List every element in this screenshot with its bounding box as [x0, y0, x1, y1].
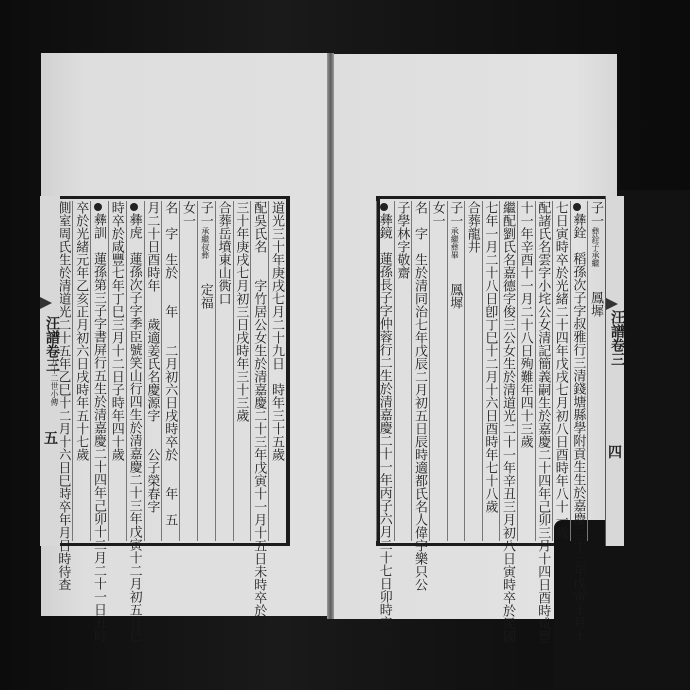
circle-bullet-icon [380, 203, 388, 211]
right_page-column-text: 七日寅時卒於光緒二十四年戊戌七月初八日酉時年八十一歲 [553, 201, 568, 539]
right_page-column: 彝鏡 蓮孫長子字仲蓉行二生於清嘉慶二十一年丙子六月二十七日卯時卒於 [377, 201, 393, 543]
left_page-column-text: 彝訓 蓮孫第三子字書屏行五生於清嘉慶二十四年己卯十二月二十一日丑時 [91, 213, 106, 642]
left_page-column: 女一 [180, 201, 196, 543]
left_page-column-text: 卒於光緒元年乙亥正月初六日戌時年五十七歲 [73, 201, 88, 461]
right_page-column-text: 名 字 生於清同治七年戊辰二月初五日辰時適都氏名人偉字樂只公 [412, 201, 427, 591]
column-annotation: 彝銓子承繼 [591, 227, 600, 267]
left_page-column: 道光三十年庚戌七月二十九日 時年三十五歲 [269, 201, 285, 543]
right_page-column-text: 合葬龍井 [465, 201, 480, 253]
column-tail-text: 定福 [198, 283, 213, 309]
column-tail-text: 鳳墀 [447, 283, 462, 309]
left_page-column: 合葬岳墳東山衖口 [216, 201, 232, 543]
right_page-column-text: 子一 [588, 201, 603, 227]
left_page-column-text: 合葬岳墳東山衖口 [216, 201, 231, 305]
left_page-column-text: 子一 [198, 201, 213, 227]
right_page-column: 彝銓 稻孫次子字叔雅行三清錢塘縣學附貢生生於嘉慶二十三年戊寅十月十 [571, 201, 587, 543]
left_page-column-text: 道光三十年庚戌七月二十九日 時年三十五歲 [269, 201, 284, 461]
column-annotation: 承繼叔彝 [201, 227, 210, 259]
left_page-column: 彝訓 蓮孫第三子字書屏行五生於清嘉慶二十四年己卯十二月二十一日丑時 [91, 201, 107, 543]
right_page-column-text: 子一 [447, 201, 462, 227]
right_page-column: 七年一月二十八日卽丁巳十二月十六日酉時年七十八歲 [483, 201, 499, 543]
right_page-column-text: 彝鏡 蓮孫長子字仲蓉行二生於清嘉慶二十一年丙子六月二十七日卯時卒於 [377, 213, 392, 642]
column-annotation: 承繼彝畢 [450, 227, 459, 259]
left_page-column-text: 月二十日酉時年 歲適姜氏名慶源字 公子榮春字 [144, 201, 159, 513]
left_page-column-text: 時卒於咸豐七年丁巳三月十二日子時年四十歲 [109, 201, 124, 461]
left_page-column-text: 名 字 生於 年 二月初六日戌時卒於 年 五 [162, 201, 177, 526]
left_page-column: 月二十日酉時年 歲適姜氏名慶源字 公子榮春字 [145, 201, 161, 543]
right-page-number: 四 [608, 442, 622, 462]
right_page-column: 名 字 生於清同治七年戊辰二月初五日辰時適都氏名人偉字樂只公 [412, 201, 428, 543]
left-spine-subtitle: 九十二世小傳 [49, 358, 60, 406]
left_page-column: 時卒於咸豐七年丁巳三月十二日子時年四十歲 [109, 201, 125, 543]
right_page-column: 子學林字敬齋 [395, 201, 411, 543]
right_page-column: 子一承繼彝畢鳳墀 [448, 201, 464, 543]
book-gutter [327, 53, 334, 619]
circle-bullet-icon [94, 203, 102, 211]
left-frame-top [44, 196, 290, 199]
left-page-number: 五 [44, 428, 58, 448]
right_page-column-text: 十一年辛酉十一月二十八日殉難年四十三歲 [518, 201, 533, 448]
left_page-column-text: 配吳氏名 字竹居公女生於清嘉慶二十三年戊寅十一月十五日未時卒於道光 [251, 201, 266, 643]
left_page-column-text: 女一 [180, 201, 195, 227]
right_page-column: 七日寅時卒於光緒二十四年戊戌七月初八日酉時年八十一歲 [553, 201, 569, 543]
right-spine-rule [605, 196, 606, 546]
fishtail-mark-right [606, 298, 618, 310]
left_page-column: 名 字 生於 年 二月初六日戌時卒於 年 五 [162, 201, 178, 543]
left_page-column: 配吳氏名 字竹居公女生於清嘉慶二十三年戊寅十一月十五日未時卒於道光 [251, 201, 267, 543]
right_page-column-text: 七年一月二十八日卽丁巳十二月十六日酉時年七十八歲 [482, 201, 497, 513]
right-page-shadow [617, 190, 690, 690]
right_page-column: 繼配劉氏名嘉德字俊三公女生於清道光二十一年辛丑三月初八日寅時卒於民國 [500, 201, 516, 543]
right_page-column-text: 繼配劉氏名嘉德字俊三公女生於清道光二十一年辛丑三月初八日寅時卒於民國 [500, 201, 515, 643]
right_page-column: 女一 [430, 201, 446, 543]
circle-bullet-icon [130, 203, 138, 211]
right_page-column: 合葬龍井 [465, 201, 481, 543]
left_page-column-text: 彝虎 蓮孫次子字季臣號笑山行四生於清嘉慶二十三年戊寅十二月初五日巳 [127, 213, 142, 642]
right_page-column-text: 配諸氏名雲字小垞公女清記簡義嗣生於嘉慶二十四年己卯三月十四日酉時咸豐 [535, 201, 550, 643]
left-frame-right [286, 196, 290, 546]
left_page-column: 三十年庚戌七月初三日戌時年三十三歲 [234, 201, 250, 543]
right_page-column: 子一彝銓子承繼鳳墀 [588, 201, 604, 543]
column-tail-text: 鳳墀 [588, 291, 603, 317]
right-frame-top [377, 196, 617, 199]
circle-bullet-icon [573, 203, 581, 211]
right_page-column: 十一年辛酉十一月二十八日殉難年四十三歲 [518, 201, 534, 543]
right_page-column-text: 彝銓 稻孫次子字叔雅行三清錢塘縣學附貢生生於嘉慶二十三年戊寅十月十 [570, 213, 585, 642]
right_page-column-text: 女一 [430, 201, 445, 227]
right_page-column: 配諸氏名雲字小垞公女清記簡義嗣生於嘉慶二十四年己卯三月十四日酉時咸豐 [536, 201, 552, 543]
left_page-column: 子一承繼叔彝定福 [198, 201, 214, 543]
right-spine-title: 汪譜卷三 [607, 310, 627, 366]
left_page-column: 卒於光緒元年乙亥正月初六日戌時年五十七歲 [73, 201, 89, 543]
fishtail-mark-left [40, 297, 52, 309]
right-spine-panel [606, 196, 624, 546]
left_page-column-text: 三十年庚戌七月初三日戌時年三十三歲 [233, 201, 248, 422]
right_page-column-text: 子學林字敬齋 [394, 201, 409, 279]
left_page-column: 彝虎 蓮孫次子字季臣號笑山行四生於清嘉慶二十三年戊寅十二月初五日巳 [127, 201, 143, 543]
